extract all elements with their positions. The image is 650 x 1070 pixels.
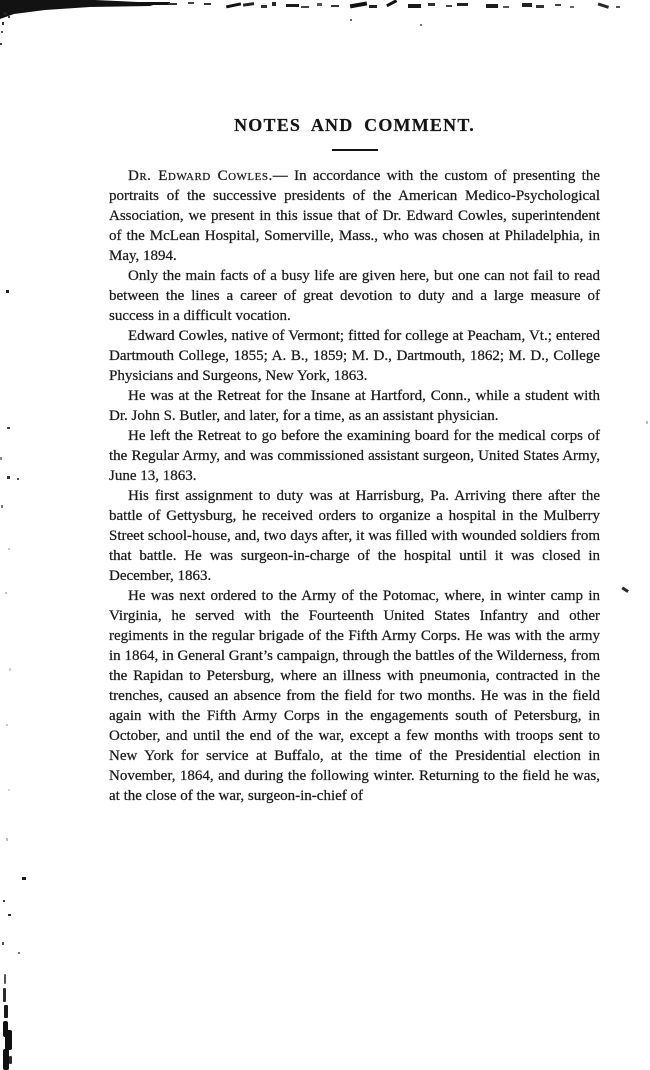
paragraph-army-potomac: He was next ordered to the Army of the P… xyxy=(109,586,600,806)
paragraph-education: Edward Cowles, native of Vermont; fitted… xyxy=(109,326,600,386)
paragraph-harrisburg-hospital: His first assignment to duty was at Harr… xyxy=(109,486,600,586)
paragraph-retreat-student: He was at the Retreat for the Insane at … xyxy=(109,386,600,426)
scan-speckles-left-margin xyxy=(0,12,26,880)
page-title: NOTES AND COMMENT. xyxy=(109,114,600,136)
text-column: NOTES AND COMMENT. Dr. Edward Cowles.— I… xyxy=(109,114,600,806)
scan-speckles-right-margin xyxy=(621,421,648,593)
scan-noise-top-edge xyxy=(0,0,620,26)
title-divider-rule xyxy=(332,149,378,151)
paragraph-intro: Dr. Edward Cowles.— In accordance with t… xyxy=(109,166,600,266)
scanned-book-page: NOTES AND COMMENT. Dr. Edward Cowles.— I… xyxy=(0,0,650,1070)
scan-streak-bottom-left xyxy=(2,900,20,1070)
article-body: Dr. Edward Cowles.— In accordance with t… xyxy=(109,166,600,806)
paragraph-army-commission: He left the Retreat to go before the exa… xyxy=(109,426,600,486)
lead-name-small-caps: Dr. Edward Cowles. xyxy=(128,168,273,184)
paragraph-busy-life: Only the main facts of a busy life are g… xyxy=(109,266,600,326)
